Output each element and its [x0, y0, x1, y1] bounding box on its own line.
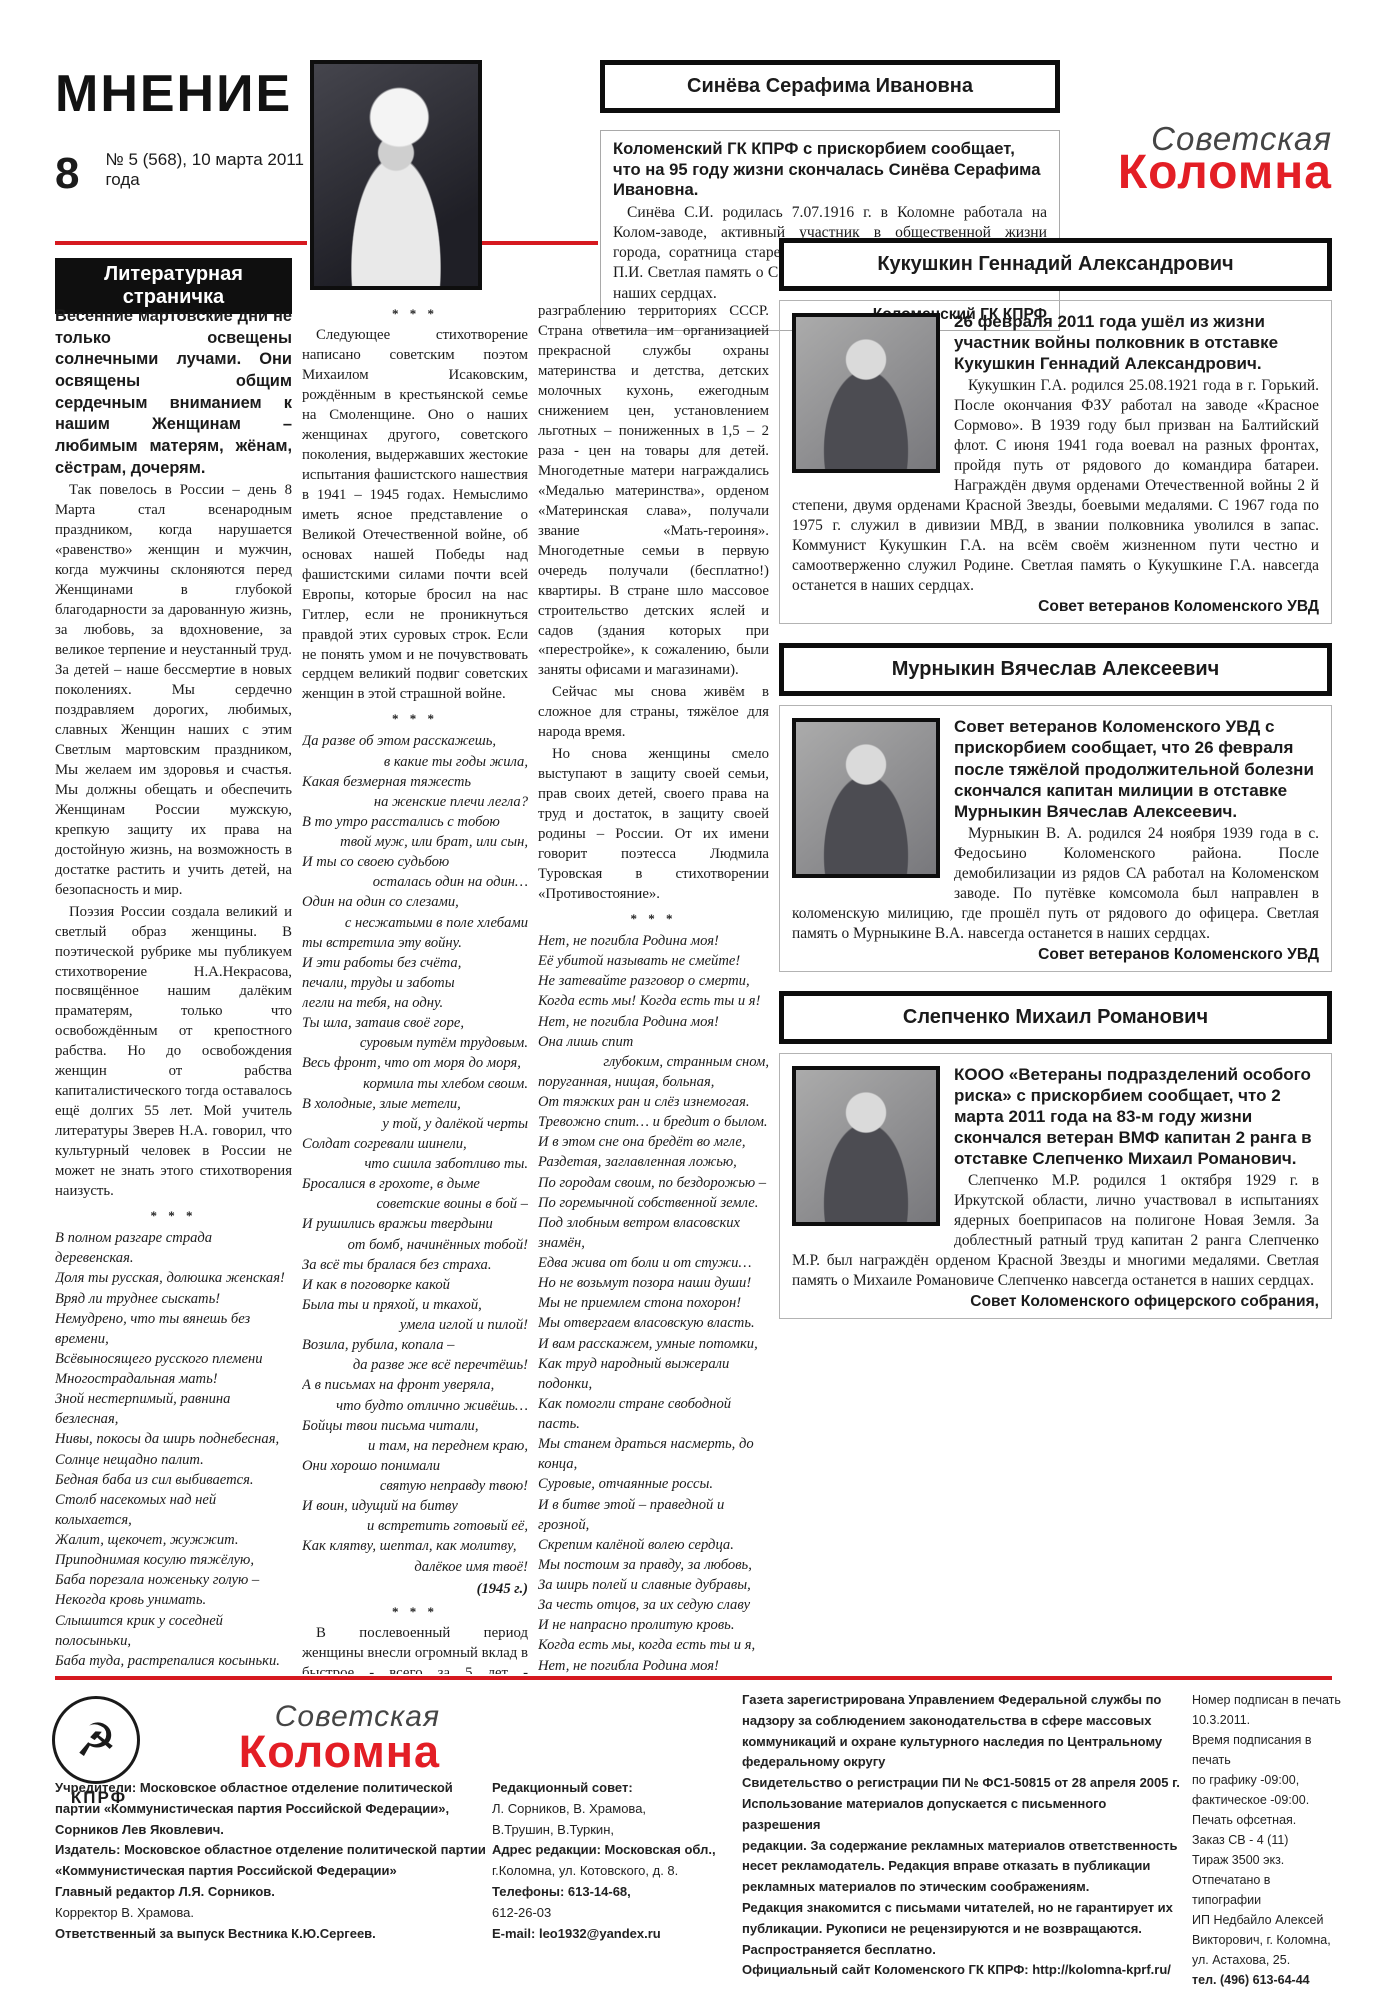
poem-line: кормила ты хлебом своим. — [302, 1074, 528, 1094]
poem-line: Надо ребёнка качать! — [55, 1671, 292, 1672]
footer-line: Отпечатано в типографии — [1192, 1870, 1342, 1910]
poem-line: далёкое имя твоё! — [302, 1557, 528, 1577]
poem-line: от бомб, начинённых тобой! — [302, 1235, 528, 1255]
poem-line: Многострадальная мать! — [55, 1369, 292, 1389]
footer-line: Тираж 3500 экз. — [1192, 1850, 1342, 1870]
footer-line: Телефоны: 613-14-68, — [492, 1882, 747, 1903]
footer-line: коммуникаций и охране культурного наслед… — [742, 1732, 1187, 1753]
poem-line: Возила, рубила, копала – — [302, 1335, 528, 1355]
poem-line: И воин, идущий на битву — [302, 1496, 528, 1516]
obituary-signature: Совет Коломенского офицерского собрания, — [792, 1293, 1319, 1311]
obituary-murnykin: Мурныкин Вячеслав Алексеевич Совет ветер… — [779, 643, 1332, 971]
obituary-kukushkin: Кукушкин Геннадий Александрович 26 февра… — [779, 238, 1332, 624]
poem-line: Бросалися в грохоте, в дыме — [302, 1174, 528, 1194]
poem-line: Была ты и пряхой, и ткахой, — [302, 1295, 528, 1315]
footer-line: несет рекламодатель. Редакция вправе отк… — [742, 1856, 1187, 1877]
poem-line: И как в поговорке какой — [302, 1275, 528, 1295]
poem-line: Приподнимая косулю тяжёлую, — [55, 1550, 292, 1570]
poem-line: твой муж, или брат, или сын, — [302, 832, 528, 852]
murnykin-portrait-photo — [792, 718, 940, 878]
paragraph: Так повелось в России – день 8 Марта ста… — [55, 481, 292, 900]
footer-line: федеральному округу — [742, 1752, 1187, 1773]
poem-line: Когда есть мы, когда есть ты и я, — [538, 1635, 769, 1655]
poem-line: В то утро расстались с тобою — [302, 812, 528, 832]
masthead-line2: Коломна — [160, 1726, 440, 1778]
footer-line: г.Коломна, ул. Котовского, д. 8. — [492, 1861, 747, 1882]
poem-line: Жалит, щекочет, жужжит. — [55, 1530, 292, 1550]
poem-line: Солдат согревали шинели, — [302, 1134, 528, 1154]
footer-line: публикации. Рукописи не рецензируются и … — [742, 1919, 1187, 1940]
poem-line: Она лишь спит — [538, 1032, 769, 1052]
masthead-line2: Коломна — [1040, 149, 1332, 197]
poem-line: И не напрасно пролитую кровь. — [538, 1615, 769, 1635]
poem-line: умела иглой и пилой! — [302, 1315, 528, 1335]
poem-line: За всё ты бралася без страха. — [302, 1255, 528, 1275]
poem-line: Когда есть мы! Когда есть ты и я! — [538, 991, 769, 1011]
poem-line: ты встретила эту войну. — [302, 933, 528, 953]
poem-line: осталась один на один… — [302, 872, 528, 892]
kprf-emblem: ☭ — [52, 1696, 140, 1784]
poem-line: Солнце нещадно палит. — [55, 1450, 292, 1470]
footer-line: партии «Коммунистическая партия Российск… — [55, 1799, 507, 1820]
poem-isakovsky: Да разве об этом расскажешь,в какие ты г… — [302, 731, 528, 1576]
poem-line: И в этом сне она бредёт во мгле, — [538, 1132, 769, 1152]
article-paragraphs: разграблению территориях СССР. Страна от… — [538, 302, 769, 905]
newspaper-page: МНЕНИЕ 8 № 5 (568), 10 марта 2011 года С… — [0, 0, 1381, 2000]
header-rule-left — [55, 241, 307, 245]
poem-line: Но не возьмут позора наши души! — [538, 1273, 769, 1293]
poem-line: Бедная баба из сил выбивается. — [55, 1470, 292, 1490]
poem-line: Как помогли стране свободной пасть. — [538, 1394, 769, 1434]
footer-line: рекламных материалов по этическим сообра… — [742, 1877, 1187, 1898]
poem-line: что сшила заботливо ты. — [302, 1154, 528, 1174]
footer-line: по графику -09:00, — [1192, 1770, 1342, 1790]
footer-line: надзору за соблюдением законодательства … — [742, 1711, 1187, 1732]
poem-line: Они хорошо понимали — [302, 1456, 528, 1476]
obituary-box: 26 февраля 2011 года ушёл из жизни участ… — [779, 300, 1332, 624]
footer-line: ул. Астахова, 25. — [1192, 1950, 1342, 1970]
paragraph: Сейчас мы снова живём в сложное для стра… — [538, 683, 769, 743]
masthead-logo: Советская Коломна — [1040, 122, 1332, 197]
poem-line: Ты шла, затаив своё горе, — [302, 1013, 528, 1033]
poem-line: печали, труды и заботы — [302, 973, 528, 993]
obituary-slepchenko: Слепченко Михаил Романович КООО «Ветеран… — [779, 991, 1332, 1319]
poem-line: Нет, не погибла Родина моя! — [538, 1012, 769, 1032]
poem-line: Баба порезала ноженьку голую – — [55, 1570, 292, 1590]
poem-line: Какая безмерная тяжесть — [302, 772, 528, 792]
poem-turovskaya: Нет, не погибла Родина моя!Её убитой наз… — [538, 931, 769, 1674]
farewell-column: Кукушкин Геннадий Александрович 26 февра… — [779, 238, 1332, 1338]
poem-line: Скрепим калёной волею сердца. — [538, 1535, 769, 1555]
poem-line: В холодные, злые метели, — [302, 1094, 528, 1114]
footer-line: Учредители: Московское областное отделен… — [55, 1778, 507, 1799]
footer-line: Использование материалов допускается с п… — [742, 1794, 1187, 1836]
poem-line: Доля ты русская, долюшка женская! — [55, 1268, 292, 1288]
page-number: 8 — [55, 154, 79, 194]
footer-line: Официальный сайт Коломенского ГК КПРФ: h… — [742, 1960, 1187, 1981]
poem-line: И рушились вражьи твердыни — [302, 1214, 528, 1234]
poem-line: И в битве этой – праведной и грозной, — [538, 1495, 769, 1535]
stars-separator: * * * — [55, 1208, 292, 1224]
poem-line: Некогда кровь унимать. — [55, 1590, 292, 1610]
footer-line: E-mail: leo1932@yandex.ru — [492, 1924, 747, 1945]
header-rule-mid — [482, 241, 598, 245]
footer-line: Ответственный за выпуск Вестника К.Ю.Сер… — [55, 1924, 507, 1945]
poem-line: Нет, не погибла Родина моя! — [538, 931, 769, 951]
stars-separator: * * * — [538, 911, 769, 927]
issue-date: № 5 (568), 10 марта 2011 года — [105, 150, 305, 194]
literary-column-1: Весенние мартовские дни не только освеще… — [55, 306, 292, 1672]
footer-line: «Коммунистическая партия Российской Феде… — [55, 1861, 507, 1882]
poem-line: суровым путём трудовым. — [302, 1033, 528, 1053]
poem-line: И ты со своею судьбою — [302, 852, 528, 872]
poem-line: Как клятву, шептал, как молитву, — [302, 1536, 528, 1556]
paragraph: Но снова женщины смело выступают в защит… — [538, 745, 769, 905]
poem-line: И вам расскажем, умные потомки, — [538, 1334, 769, 1354]
footer-line: 10.3.2011. — [1192, 1710, 1342, 1730]
footer-masthead-logo: Советская Коломна — [160, 1700, 440, 1778]
section-header: МНЕНИЕ 8 № 5 (568), 10 марта 2011 года — [55, 64, 305, 194]
paragraph: Поэзия России создала великий и светлый … — [55, 903, 292, 1203]
poem-line: Её убитой называть не смейте! — [538, 951, 769, 971]
footer-line: Редакционный совет: — [492, 1778, 747, 1799]
poem-line: и встретить готовый её, — [302, 1516, 528, 1536]
hammer-sickle-icon: ☭ — [75, 1713, 116, 1767]
footer-print-info: Номер подписан в печать10.3.2011.Время п… — [1192, 1690, 1342, 1990]
slepchenko-portrait-photo — [792, 1066, 940, 1226]
footer-editorial-info: Редакционный совет:Л. Сорников, В. Храмо… — [492, 1778, 747, 1944]
poem-line: Под злобным ветром власовских знамён, — [538, 1213, 769, 1253]
literary-column-2: * * * Следующее стихотворение написано с… — [302, 300, 528, 1674]
poem-line: Зной нестерпимый, равнина безлесная, — [55, 1389, 292, 1429]
poem-line: От тяжких ран и слёз изнемогая. — [538, 1092, 769, 1112]
poem-line: За честь отцов, за их седую славу — [538, 1595, 769, 1615]
poem-line: Всёвыносящего русского племени — [55, 1349, 292, 1369]
footer-line: Викторович, г. Коломна, — [1192, 1930, 1342, 1950]
poem-line: Как труд народный выжерали подонки, — [538, 1354, 769, 1394]
poem-line: Мы отвергаем власовскую власть. — [538, 1313, 769, 1333]
poem-line: у той, у далёкой черты — [302, 1114, 528, 1134]
poem-line: Мы станем драться насмерть, до конца, — [538, 1434, 769, 1474]
paragraph: Следующее стихотворение написано советск… — [302, 326, 528, 705]
footer-line: редакции. За содержание рекламных матери… — [742, 1836, 1187, 1857]
obituary-lead: Коломенский ГК КПРФ с прискорбием сообща… — [613, 139, 1047, 201]
article-paragraphs: Так повелось в России – день 8 Марта ста… — [55, 481, 292, 1202]
poem-line: да разве же всё перечтёшь! — [302, 1355, 528, 1375]
obituary-title: Кукушкин Геннадий Александрович — [779, 238, 1332, 291]
footer-publisher-info: Учредители: Московское областное отделен… — [55, 1778, 507, 1944]
footer-line: Печать офсетная. — [1192, 1810, 1342, 1830]
footer-line: Л. Сорников, В. Храмова, — [492, 1799, 747, 1820]
footer-line: Издатель: Московское областное отделение… — [55, 1840, 507, 1861]
footer-line: 612-26-03 — [492, 1903, 747, 1924]
poem-line: В полном разгаре страда деревенская. — [55, 1228, 292, 1268]
poem-line: Один на один со слезами, — [302, 892, 528, 912]
poem-nekrasov: В полном разгаре страда деревенская.Доля… — [55, 1228, 292, 1672]
footer-line: Корректор В. Храмова. — [55, 1903, 507, 1924]
footer-rule — [55, 1676, 1332, 1680]
poem-line: Едва жива от боли и от стужи… — [538, 1253, 769, 1273]
poem-line: Вряд ли труднее сыскать! — [55, 1289, 292, 1309]
poem-line: Слышится крик у соседней полосыньки, — [55, 1611, 292, 1651]
poem-line: Баба туда, растрепалися косыньки. — [55, 1651, 292, 1671]
paragraph: разграблению территориях СССР. Страна от… — [538, 302, 769, 681]
footer-line: Распространяется бесплатно. — [742, 1940, 1187, 1961]
footer-line: В.Трушин, В.Туркин, — [492, 1820, 747, 1841]
poem-line: на женские плечи легла? — [302, 792, 528, 812]
footer-line: Сорников Лев Яковлевич. — [55, 1820, 507, 1841]
poem-line: Весь фронт, что от моря до моря, — [302, 1053, 528, 1073]
footer-line: фактическое -09:00. — [1192, 1790, 1342, 1810]
poem-line: и там, на переднем краю, — [302, 1436, 528, 1456]
poem-line: А в письмах на фронт уверяла, — [302, 1375, 528, 1395]
obituary-signature: Совет ветеранов Коломенского УВД — [792, 598, 1319, 616]
poem-line: поруганная, нищая, больная, — [538, 1072, 769, 1092]
poem-line: Мы не приемлем стона похорон! — [538, 1293, 769, 1313]
sineva-portrait-photo — [310, 60, 482, 290]
literary-column-3: разграблению территориях СССР. Страна от… — [538, 300, 769, 1674]
page-title: МНЕНИЕ — [55, 64, 305, 124]
poem-line: Суровые, отчаянные россы. — [538, 1474, 769, 1494]
footer-line: Главный редактор Л.Я. Сорников. — [55, 1882, 507, 1903]
poem-line: Нивы, покосы да ширь поднебесная, — [55, 1429, 292, 1449]
poem-line: Бойцы твои письма читали, — [302, 1416, 528, 1436]
footer-line: Редакция знакомится с письмами читателей… — [742, 1898, 1187, 1919]
poem-line: Столб насекомых над ней колыхается, — [55, 1490, 292, 1530]
footer-line: Заказ СВ - 4 (11) — [1192, 1830, 1342, 1850]
footer-line: Адрес редакции: Московская обл., — [492, 1840, 747, 1861]
sineva-obituary-title: Синёва Серафима Ивановна — [600, 60, 1060, 113]
stars-separator: * * * — [302, 711, 528, 727]
poem-line: Мы постоим за правду, за любовь, — [538, 1555, 769, 1575]
poem-line: глубоким, странным сном, — [538, 1052, 769, 1072]
obituary-signature: Совет ветеранов Коломенского УВД — [792, 946, 1319, 964]
obituary-box: КООО «Ветераны подразделений особого рис… — [779, 1053, 1332, 1319]
poem-line: Да разве об этом расскажешь, — [302, 731, 528, 751]
paragraph: В послевоенный период женщины внесли огр… — [302, 1624, 528, 1674]
poem-line: что будто отлично живёшь… — [302, 1396, 528, 1416]
poem-line: Тревожно спит… и бредит о былом. — [538, 1112, 769, 1132]
article-lead: Весенние мартовские дни не только освеще… — [55, 306, 292, 479]
poem-line: И эти работы без счёта, — [302, 953, 528, 973]
stars-separator: * * * — [302, 1604, 528, 1620]
footer-registration-info: Газета зарегистрирована Управлением Феде… — [742, 1690, 1187, 1981]
poem-line: святую неправду твою! — [302, 1476, 528, 1496]
poem-date: (1945 г.) — [302, 1581, 528, 1598]
kukushkin-portrait-photo — [792, 313, 940, 473]
obituary-title: Мурныкин Вячеслав Алексеевич — [779, 643, 1332, 696]
obituary-title: Слепченко Михаил Романович — [779, 991, 1332, 1044]
footer-line: тел. (496) 613-64-44 — [1192, 1970, 1342, 1990]
poem-line: в какие ты годы жила, — [302, 752, 528, 772]
poem-line: Раздетая, заглавленная ложью, — [538, 1152, 769, 1172]
poem-line: По горемычной собственной земле. — [538, 1193, 769, 1213]
poem-line: с несжатыми в поле хлебами — [302, 913, 528, 933]
obituary-box: Совет ветеранов Коломенского УВД с приск… — [779, 705, 1332, 971]
poem-line: Не затевайте разговор о смерти, — [538, 971, 769, 991]
poem-line: Нет, не погибла Родина моя! — [538, 1656, 769, 1674]
poem-line: советские воины в бой – — [302, 1194, 528, 1214]
poem-line: легли на тебя, на одну. — [302, 993, 528, 1013]
footer-line: ИП Недбайло Алексей — [1192, 1910, 1342, 1930]
footer-line: Номер подписан в печать — [1192, 1690, 1342, 1710]
footer-line: Свидетельство о регистрации ПИ № ФС1-508… — [742, 1773, 1187, 1794]
stars-separator: * * * — [302, 306, 528, 322]
poem-line: Немудрено, что ты вянешь без времени, — [55, 1309, 292, 1349]
footer-line: Газета зарегистрирована Управлением Феде… — [742, 1690, 1187, 1711]
poem-line: По городам своим, по бездорожью – — [538, 1173, 769, 1193]
poem-line: За ширь полей и славные дубравы, — [538, 1575, 769, 1595]
footer-line: Время подписания в печать — [1192, 1730, 1342, 1770]
